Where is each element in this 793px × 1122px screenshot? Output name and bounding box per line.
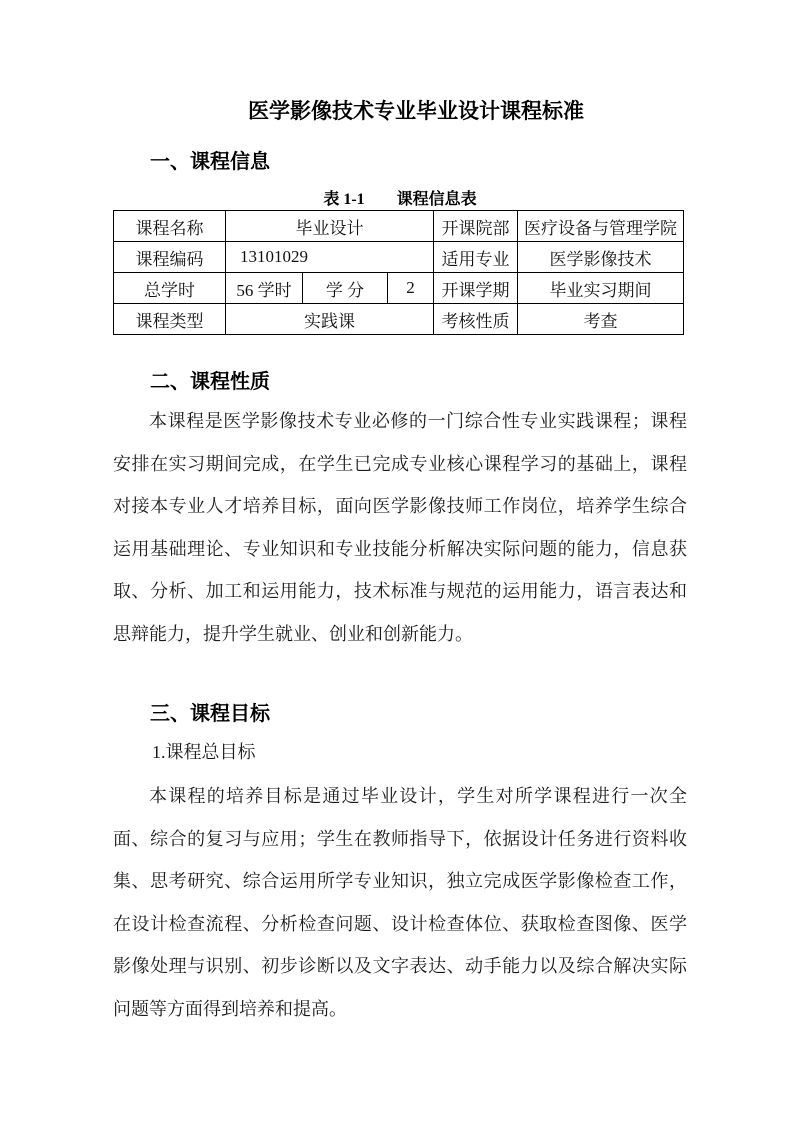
credit-value: 2 [388, 273, 434, 304]
semester-label: 开课学期 [434, 273, 518, 304]
section-3-paragraph: 本课程的培养目标是通过毕业设计，学生对所学课程进行一次全面、综合的复习与应用；学… [113, 775, 687, 1030]
document-title: 医学影像技术专业毕业设计课程标准 [129, 0, 703, 127]
document-page: 医学影像技术专业毕业设计课程标准 一、课程信息 表 1-1 课程信息表 课程名称… [0, 0, 793, 1122]
course-name-value: 毕业设计 [226, 211, 434, 242]
offering-department-value: 医疗设备与管理学院 [518, 211, 684, 242]
applicable-major-value: 医学影像技术 [518, 242, 684, 273]
assessment-label: 考核性质 [434, 304, 518, 335]
table-row: 总学时 56 学时 学 分 2 开课学期 毕业实习期间 [114, 273, 684, 304]
section-1-heading: 一、课程信息 [150, 150, 687, 174]
course-type-label: 课程类型 [114, 304, 226, 335]
table-caption: 表 1-1 课程信息表 [113, 191, 687, 209]
section-3-subheading: 1.课程总目标 [152, 742, 687, 763]
section-2-paragraph: 本课程是医学影像技术专业必修的一门综合性专业实践课程；课程安排在实习期间完成，在… [113, 400, 687, 655]
table-row: 课程类型 实践课 考核性质 考查 [114, 304, 684, 335]
table-row: 课程编码 13101029 适用专业 医学影像技术 [114, 242, 684, 273]
total-hours-label: 总学时 [114, 273, 226, 304]
semester-value: 毕业实习期间 [518, 273, 684, 304]
section-3-heading: 三、课程目标 [150, 702, 687, 726]
course-code-label: 课程编码 [114, 242, 226, 273]
table-row: 课程名称 毕业设计 开课院部 医疗设备与管理学院 [114, 211, 684, 242]
course-info-table: 课程名称 毕业设计 开课院部 医疗设备与管理学院 课程编码 13101029 适… [113, 210, 684, 335]
applicable-major-label: 适用专业 [434, 242, 518, 273]
offering-department-label: 开课院部 [434, 211, 518, 242]
course-code-value: 13101029 [226, 242, 434, 273]
document-content: 医学影像技术专业毕业设计课程标准 一、课程信息 表 1-1 课程信息表 课程名称… [113, 0, 687, 1030]
credit-label: 学 分 [303, 273, 388, 304]
assessment-value: 考查 [518, 304, 684, 335]
total-hours-value: 56 学时 [226, 273, 303, 304]
section-2-heading: 二、课程性质 [150, 370, 687, 394]
course-name-label: 课程名称 [114, 211, 226, 242]
course-type-value: 实践课 [226, 304, 434, 335]
